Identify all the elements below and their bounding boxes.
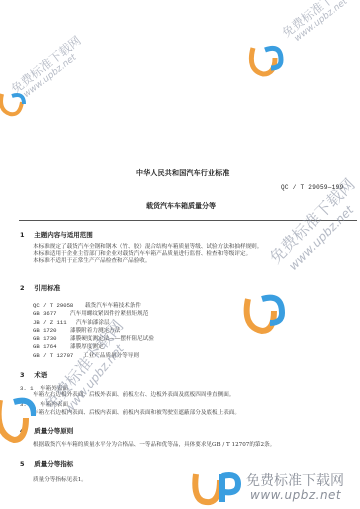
up-logo-icon xyxy=(192,470,242,506)
term-3-2-heading: 3. 2车箱内表面 xyxy=(20,400,68,408)
standard-code: QC / T 29059—199 xyxy=(281,184,343,191)
standard-organization: 中华人民共和国汽车行业标准 xyxy=(136,168,230,178)
section-4-paragraph: 根据载货汽车车箱的质量水平分为合格品、一等品和优等品，具体要求见GB / T 1… xyxy=(33,442,275,449)
reference-item: GB 1730漆膜硬度测定法——摆杆阻尼试验 xyxy=(33,335,154,343)
reference-item: GB / T 12707工业产品质量分等导则 xyxy=(33,352,154,360)
document-page: 中华人民共和国汽车行业标准 QC / T 29059—199 载货汽车车箱质量分… xyxy=(0,0,360,509)
up-logo-icon xyxy=(245,38,285,78)
up-logo-icon xyxy=(240,289,286,335)
up-logo-icon xyxy=(0,390,36,450)
section-1-heading: 1 主题内容与适用范围 xyxy=(20,230,93,239)
document-title: 载货汽车车箱质量分等 xyxy=(146,201,216,211)
section-4-heading: 4 质量分等原则 xyxy=(20,426,73,435)
section-5-heading: 5 质量分等指标 xyxy=(20,459,73,468)
reference-item: GB 1764漆膜厚度测定 xyxy=(33,343,154,351)
section-1-paragraph: 本标准规定了载货汽车全钢和钢木（竹、胶）混合结构车箱质量等级、试验方法和抽样规则… xyxy=(33,244,262,251)
section-1-paragraph: 本标准适用于企业主管部门和企业对载货汽车车箱产品质量进行监督、检查和等级评定。 xyxy=(33,251,251,258)
section-2-heading: 2 引用标准 xyxy=(20,283,60,292)
reference-item: JB / Z 111汽车油漆涂层 xyxy=(33,319,154,327)
reference-list: QC / T 29058载货汽车车箱技术条件 GB 3677汽车用螺纹紧固件拧紧… xyxy=(33,302,154,360)
section-3-heading: 3 术语 xyxy=(20,370,47,379)
reference-item: GB 3677汽车用螺纹紧固件拧紧扭矩规范 xyxy=(33,310,154,318)
brand-name-cn: 免费标准下载网 xyxy=(246,470,344,490)
term-3-1-definition: 车箱左右边板外表面、后板外表面、前板左右、边板外表面及底板四周垂直侧面。 xyxy=(33,392,234,399)
header-divider xyxy=(19,220,357,221)
section-5-paragraph: 质量分等指标见表1。 xyxy=(33,477,87,484)
up-logo-icon xyxy=(0,90,26,120)
term-3-2-definition: 车箱左右边板内表面、后板内表面、前板内表面和被驾驶室遮蔽部分及底板上表面。 xyxy=(33,410,240,417)
reference-item: QC / T 29058载货汽车车箱技术条件 xyxy=(33,302,154,310)
section-1-paragraph: 本标准不适用于正常生产产品检查和产品验收。 xyxy=(33,258,150,265)
reference-item: GB 1720漆膜附着力测定方法 xyxy=(33,327,154,335)
brand-url: www.upbz.net xyxy=(250,488,341,502)
term-3-1-heading: 3. 1车箱外表面 xyxy=(20,384,68,392)
